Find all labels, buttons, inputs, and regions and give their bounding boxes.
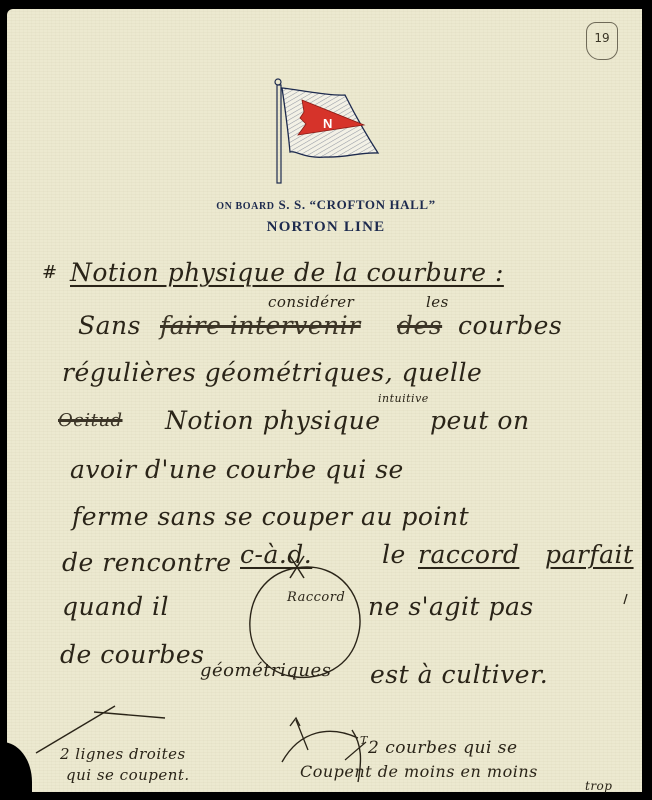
footnote-2-line3: trop (585, 779, 612, 793)
footnote-1-line2: qui se coupent. (66, 766, 190, 784)
footnote-2-line1: 2 courbes qui se (368, 738, 518, 758)
footnote-1-line1: 2 lignes droites (60, 745, 186, 763)
footnote-2-line2: Coupent de moins en moins (300, 762, 538, 781)
footnote-2-marker: T (360, 734, 368, 747)
circle-label: Raccord (287, 590, 345, 605)
below-circle-label: géométriques (200, 660, 331, 681)
